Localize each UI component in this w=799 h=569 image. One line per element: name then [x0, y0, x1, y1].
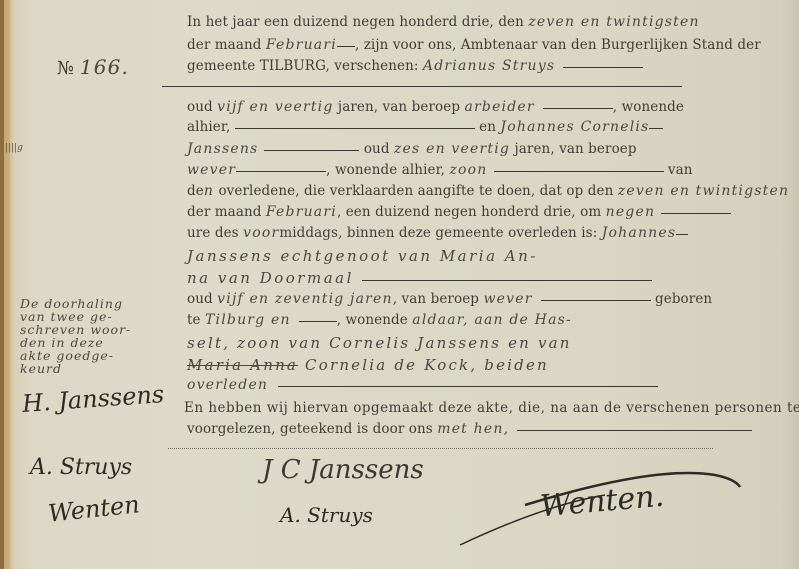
handwritten-declarant-2: Johannes Cornelis	[500, 119, 649, 135]
handwritten-status: overleden	[187, 377, 268, 393]
dotted-rule	[168, 448, 713, 449]
handwritten-birthplace: Tilburg en	[205, 312, 291, 328]
printed-text: middags, binnen deze gemeente overleden …	[279, 225, 601, 241]
printed-text: te	[187, 312, 205, 328]
printed-text: de	[187, 183, 204, 199]
text-line-2: der maand Februari, zijn voor ons, Ambte…	[187, 37, 761, 57]
handwritten-relation: zoon	[449, 162, 487, 178]
text-line-3: gemeente TILBURG, verschenen: Adrianus S…	[187, 58, 643, 78]
printed-text: der maand	[187, 37, 266, 53]
printed-text: alhier,	[187, 119, 235, 135]
fill-line	[235, 127, 475, 129]
handwritten-month: Februari	[266, 204, 337, 220]
fill-line	[649, 127, 663, 129]
text-line-16: Maria Anna Cornelia de Kock, beiden	[187, 356, 549, 376]
handwritten-signers: met hen,	[437, 421, 509, 437]
signature-struys: A. Struys	[280, 503, 373, 527]
fill-line	[541, 299, 651, 301]
handwritten-deceased-details: Janssens echtgenoot van Maria An-	[187, 247, 538, 265]
struck-through-text: Maria Anna	[187, 356, 298, 374]
handwritten-mother-name: Cornelia de Kock, beiden	[298, 356, 549, 374]
handwritten-age: vijf en zeventig jaren	[217, 291, 393, 307]
printed-text: jaren, van beroep	[334, 99, 465, 115]
text-line-17: overleden	[187, 377, 658, 397]
fill-line	[676, 233, 688, 235]
signature-janssens-margin: H. Janssens	[21, 380, 165, 418]
printed-text: jaren, van beroep	[510, 141, 637, 157]
printed-text: oud	[187, 99, 217, 115]
handwritten-occupation: wever	[483, 291, 532, 307]
handwritten-residence: aldaar, aan de Has-	[412, 312, 572, 328]
signature-flourish	[455, 465, 775, 555]
printed-text: , wonende	[337, 312, 413, 328]
printed-text: gemeente TILBURG, verschenen:	[187, 58, 423, 74]
handwritten-date: zeven en twintigsten	[528, 14, 699, 30]
number-sign: №	[57, 58, 74, 79]
handwritten-hour: negen	[606, 204, 656, 220]
handwritten-surname: Janssens	[187, 141, 258, 157]
handwritten-parents: selt, zoon van Cornelis Janssens en van	[187, 334, 572, 352]
handwritten-age: vijf en veertig	[217, 99, 333, 115]
document-page: ||||g № 166. In het jaar een duizend neg…	[0, 0, 799, 569]
divider-rule	[162, 86, 682, 87]
handwritten-suffix: n	[204, 183, 214, 199]
margin-tally-marks: ||||g	[5, 143, 17, 153]
fill-line	[278, 385, 658, 387]
text-line-5: alhier, en Johannes Cornelis	[187, 119, 663, 139]
printed-text: En hebben wij hiervan opgemaakt deze akt…	[184, 400, 799, 416]
book-binding-shadow	[4, 0, 10, 569]
handwritten-deceased-name: Johannes	[602, 225, 677, 241]
act-number: № 166.	[57, 55, 129, 79]
handwritten-month: Februari	[266, 37, 337, 53]
handwritten-occupation: wever	[187, 162, 236, 178]
text-line-14: te Tilburg en, wonende aldaar, aan de Ha…	[187, 312, 572, 332]
margin-annotation: De doorhaling van twee ge- schreven woor…	[20, 297, 165, 375]
printed-text: oud	[187, 291, 217, 307]
text-line-10: ure des voormiddags, binnen deze gemeent…	[187, 225, 688, 245]
text-line-12: na van Doormaal	[187, 269, 652, 289]
printed-text: overledene, die verklaarden aangifte te …	[214, 183, 618, 199]
text-line-18: En hebben wij hiervan opgemaakt deze akt…	[184, 400, 799, 420]
handwritten-spouse-name: na van Doormaal	[187, 269, 354, 287]
handwritten-age: zes en veertig	[394, 141, 510, 157]
printed-text: In het jaar een duizend negen honderd dr…	[187, 14, 528, 30]
printed-text: ure des	[187, 225, 243, 241]
margin-note-line: keurd	[20, 362, 165, 375]
handwritten-date: zeven en twintigsten	[618, 183, 789, 199]
signature-struys-margin: A. Struys	[30, 455, 132, 480]
fill-line	[362, 279, 652, 281]
printed-text: van	[664, 162, 693, 178]
fill-line	[299, 320, 337, 322]
text-line-13: oud vijf en zeventig jaren, van beroep w…	[187, 291, 712, 311]
printed-text: geboren	[651, 291, 713, 307]
printed-text: , zijn voor ons, Ambtenaar van den Burge…	[355, 37, 761, 53]
handwritten-occupation: arbeider	[464, 99, 534, 115]
printed-text: der maand	[187, 204, 266, 220]
fill-line	[517, 429, 752, 431]
printed-text: oud	[359, 141, 394, 157]
fill-line	[236, 170, 326, 172]
printed-text: , van beroep	[393, 291, 484, 307]
fill-line	[543, 107, 613, 109]
handwritten-declarant-1: Adrianus Struys	[423, 58, 555, 74]
fill-line	[337, 45, 355, 47]
text-line-4: oud vijf en veertig jaren, van beroep ar…	[187, 99, 684, 119]
signature-janssens: J C Janssens	[262, 455, 424, 485]
text-line-9: der maand Februari, een duizend negen ho…	[187, 204, 731, 224]
signature-wenten-margin: Wenten	[47, 490, 141, 527]
text-line-11: Janssens echtgenoot van Maria An-	[187, 247, 538, 267]
text-line-19: voorgelezen, geteekend is door ons met h…	[187, 421, 752, 441]
printed-text: , wonende	[613, 99, 684, 115]
fill-line	[563, 66, 643, 68]
printed-text: en	[475, 119, 501, 135]
handwritten-time-of-day: voor	[243, 225, 279, 241]
text-line-8: den overledene, die verklaarden aangifte…	[187, 183, 789, 203]
printed-text: , een duizend negen honderd drie, om	[337, 204, 606, 220]
printed-text: , wonende alhier,	[326, 162, 449, 178]
text-line-7: wever, wonende alhier, zoon van	[187, 162, 693, 182]
printed-text: voorgelezen, geteekend is door ons	[187, 421, 437, 437]
fill-line	[661, 212, 731, 214]
act-number-value: 166.	[80, 55, 129, 79]
fill-line	[494, 170, 664, 172]
fill-line	[264, 149, 359, 151]
text-line-15: selt, zoon van Cornelis Janssens en van	[187, 334, 572, 354]
text-line-6: Janssens oud zes en veertig jaren, van b…	[187, 141, 637, 161]
text-line-1: In het jaar een duizend negen honderd dr…	[187, 14, 700, 34]
